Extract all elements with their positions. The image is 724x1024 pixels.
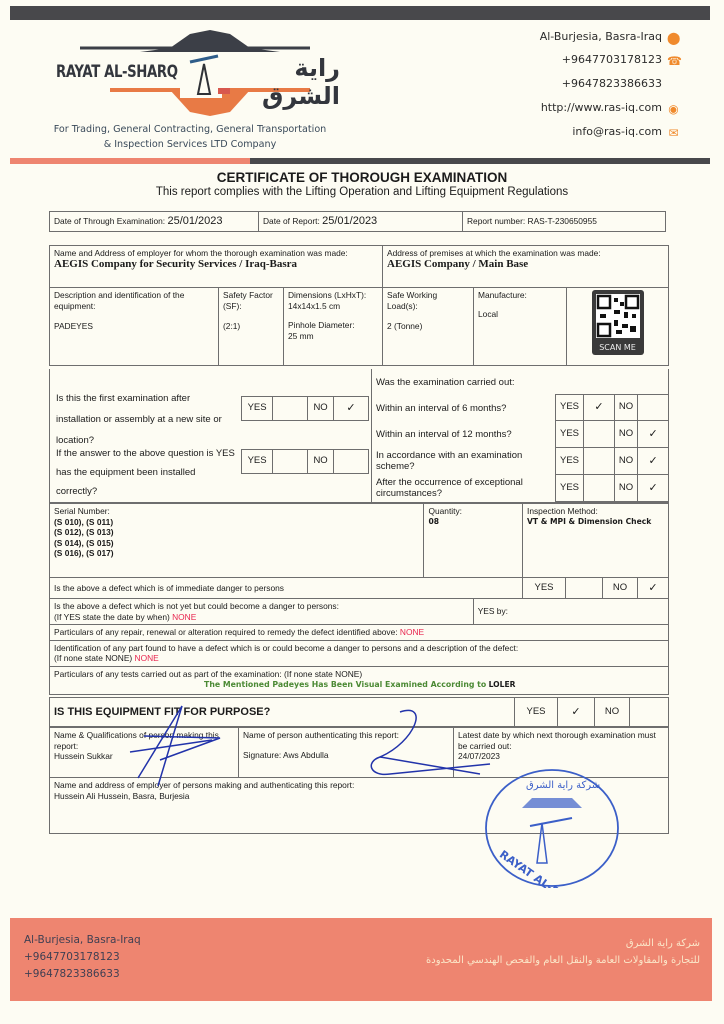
qr-code-icon <box>596 294 640 338</box>
immediate-danger-yes-box[interactable] <box>566 578 603 599</box>
safety-factor-cell: Safety Factor (SF): (2:1) <box>219 288 284 366</box>
footer-arabic-company: شركة راية الشرق للتجارة والمقاولات العام… <box>426 935 700 969</box>
qr-code-cell: SCAN ME <box>567 288 669 366</box>
certificate-title: CERTIFICATE OF THOROUGH EXAMINATION <box>0 170 724 185</box>
defect-identification-cell: Identification of any part found to have… <box>50 640 669 666</box>
employer-equipment-table: Name and Address of employer for whom th… <box>49 245 669 366</box>
exceptional-no-box[interactable]: ✓ <box>638 475 669 502</box>
carried-out-label: Was the examination carried out: <box>376 377 515 388</box>
yes-by-cell: YES by: <box>473 599 668 625</box>
first-exam-yes-box[interactable] <box>273 397 308 421</box>
dates-table: Date of Through Examination: 25/01/2023 … <box>49 211 666 232</box>
equipment-description-cell: Description and identification of the eq… <box>50 288 219 366</box>
svg-text:RAYAT AL-SHARQ CO.: RAYAT AL-SHARQ CO. <box>497 848 611 888</box>
interval-12-question: Within an interval of 12 months? <box>376 429 512 440</box>
installed-yes-box[interactable] <box>273 450 308 474</box>
quantity-cell: Quantity: 08 <box>424 504 523 578</box>
interval-6-yes-box[interactable]: ✓ <box>584 395 615 421</box>
contact-website-link[interactable]: http://www.ras-iq.com◉ <box>440 101 680 116</box>
footer-contact: Al-Burjesia, Basra-Iraq +9647703178123 +… <box>24 932 141 983</box>
serial-number-cell: Serial Number: (S 010), (S 011) (S 012),… <box>50 504 424 578</box>
phone-icon: ☎ <box>667 55 680 68</box>
interval-6-no-box[interactable] <box>638 395 669 421</box>
fit-no-box[interactable] <box>630 698 669 727</box>
header-top-bar <box>10 6 710 20</box>
company-tagline: For Trading, General Contracting, Genera… <box>40 122 340 152</box>
immediate-danger-question: Is the above a defect which is of immedi… <box>50 578 523 599</box>
interval-12-yes-box[interactable] <box>584 421 615 448</box>
interval-6-question: Within an interval of 6 months? <box>376 403 506 414</box>
immediate-danger-no-box[interactable]: ✓ <box>638 578 669 599</box>
installed-no-box[interactable] <box>334 450 369 474</box>
certificate-subtitle: This report complies with the Lifting Op… <box>0 186 724 198</box>
globe-icon: ◉ <box>667 103 680 116</box>
employer-cell: Name and Address of employer for whom th… <box>50 246 383 288</box>
contact-phone-1[interactable]: +9647703178123☎ <box>440 53 680 68</box>
company-stamp-icon: RAYAT AL-SHARQ CO. شركة راية الشرق <box>482 768 622 888</box>
brand-name-arabic: راية الشرق <box>235 54 340 110</box>
svg-text:شركة راية الشرق: شركة راية الشرق <box>526 780 600 791</box>
repair-particulars-cell: Particulars of any repair, renewal or al… <box>50 625 669 641</box>
installed-answer: YES NO <box>241 449 369 474</box>
contact-email-link[interactable]: info@ras-iq.com✉ <box>440 125 680 140</box>
first-exam-no-box[interactable]: ✓ <box>334 397 369 421</box>
scheme-no-box[interactable]: ✓ <box>638 448 669 475</box>
future-danger-cell: Is the above a defect which is not yet b… <box>50 599 474 625</box>
divider-accent <box>10 158 250 164</box>
premises-cell: Address of premises at which the examina… <box>383 246 669 288</box>
first-exam-answer: YES NO ✓ <box>241 396 369 421</box>
dimensions-cell: Dimensions (LxHxT): 14x14x1.5 cm Pinhole… <box>284 288 383 366</box>
exceptional-yes-box[interactable] <box>584 475 615 502</box>
safe-working-load-cell: Safe Working Load(s): 2 (Tonne) <box>383 288 474 366</box>
report-number-cell: Report number: RAS-T-230650955 <box>463 212 666 232</box>
contact-phone-2[interactable]: +9647823386633 <box>422 77 662 90</box>
interval-12-no-box[interactable]: ✓ <box>638 421 669 448</box>
exceptional-question: After the occurrence of exceptional circ… <box>376 477 556 499</box>
exam-date-cell: Date of Through Examination: 25/01/2023 <box>50 212 259 232</box>
installed-correctly-question: If the answer to the above question is Y… <box>56 444 236 501</box>
report-date-cell: Date of Report: 25/01/2023 <box>259 212 463 232</box>
company-logo: RAYAT AL-SHARQ راية الشرق <box>40 26 340 118</box>
signature-maker-icon <box>120 700 230 790</box>
scheme-question: In accordance with an examination scheme… <box>376 450 546 472</box>
carried-out-answers: YES ✓ NO YES NO ✓ YES NO ✓ YES NO ✓ <box>555 394 669 502</box>
divider-dark <box>250 158 710 164</box>
inspection-method-cell: Inspection Method: VT & MPI & Dimension … <box>523 504 669 578</box>
brand-name-english: RAYAT AL-SHARQ <box>56 62 178 82</box>
qr-code[interactable]: SCAN ME <box>592 290 644 355</box>
signature-authenticator-icon <box>360 702 500 782</box>
fit-yes-box[interactable]: ✓ <box>558 698 595 727</box>
first-exam-question: Is this the first examination after inst… <box>56 388 236 451</box>
scheme-yes-box[interactable] <box>584 448 615 475</box>
tests-particulars-cell: Particulars of any tests carried out as … <box>50 666 669 694</box>
envelope-icon: ✉ <box>667 127 680 140</box>
serial-defects-table: Serial Number: (S 010), (S 011) (S 012),… <box>49 503 669 695</box>
manufacture-cell: Manufacture: Local <box>474 288 567 366</box>
location-pin-icon: ⬤ <box>667 32 680 45</box>
contact-address: Al-Burjesia, Basra-Iraq⬤ <box>440 30 680 45</box>
